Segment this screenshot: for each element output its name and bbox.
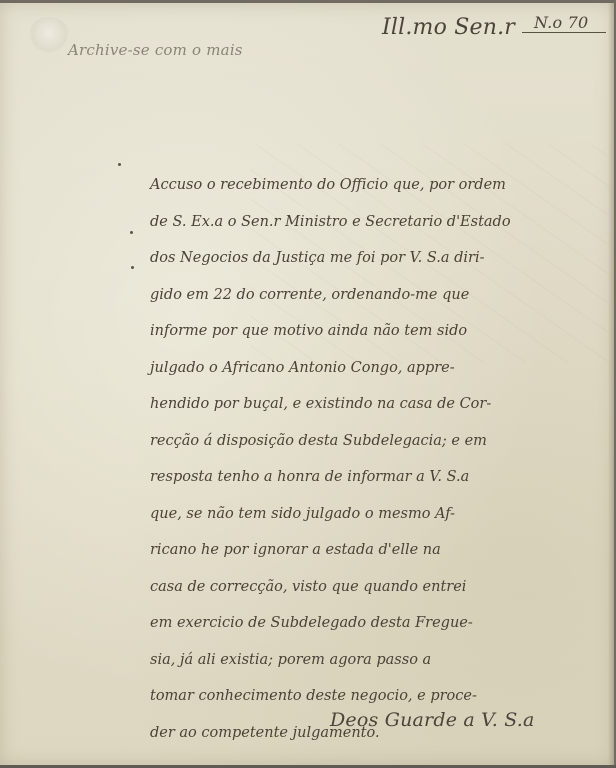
body-line: em exercicio de Subdelegado desta Fregue… (150, 615, 610, 652)
body-line: dos Negocios da Justiça me foi por V. S.… (150, 250, 610, 287)
closing-signature: Deos Guarde a V. S.a (330, 709, 535, 731)
body-line: gido em 22 do corrente, ordenando-me que (150, 287, 610, 324)
body-line: informe por que motivo ainda não tem sid… (150, 323, 610, 360)
body-line: recção á disposição desta Subdelegacia; … (150, 433, 610, 470)
document-number: N.o 70 (534, 13, 588, 32)
body-line: Accuso o recebimento do Officio que, por… (150, 177, 610, 214)
manuscript-page: Archive-se com o mais Ill.mo Sen.r N.o 7… (0, 3, 614, 765)
salutation: Ill.mo Sen.r (382, 15, 515, 40)
body-line: casa de correcção, visto que quando entr… (150, 579, 610, 616)
body-line: de S. Ex.a o Sen.r Ministro e Secretario… (150, 214, 610, 251)
margin-note: Archive-se com o mais (68, 41, 243, 59)
embossed-seal-icon (28, 17, 70, 53)
number-underline (522, 32, 606, 33)
margin-mark (130, 231, 133, 234)
margin-mark (118, 163, 121, 166)
body-line: julgado o Africano Antonio Congo, appre- (150, 360, 610, 397)
body-line: que, se não tem sido julgado o mesmo Af- (150, 506, 610, 543)
margin-mark (131, 266, 134, 269)
body-line: ricano he por ignorar a estada d'elle na (150, 542, 610, 579)
letter-body: Accuso o recebimento do Officio que, por… (150, 177, 610, 761)
body-line: resposta tenho a honra de informar a V. … (150, 469, 610, 506)
body-line: sia, já ali existia; porem agora passo a (150, 652, 610, 689)
body-line: hendido por buçal, e existindo na casa d… (150, 396, 610, 433)
